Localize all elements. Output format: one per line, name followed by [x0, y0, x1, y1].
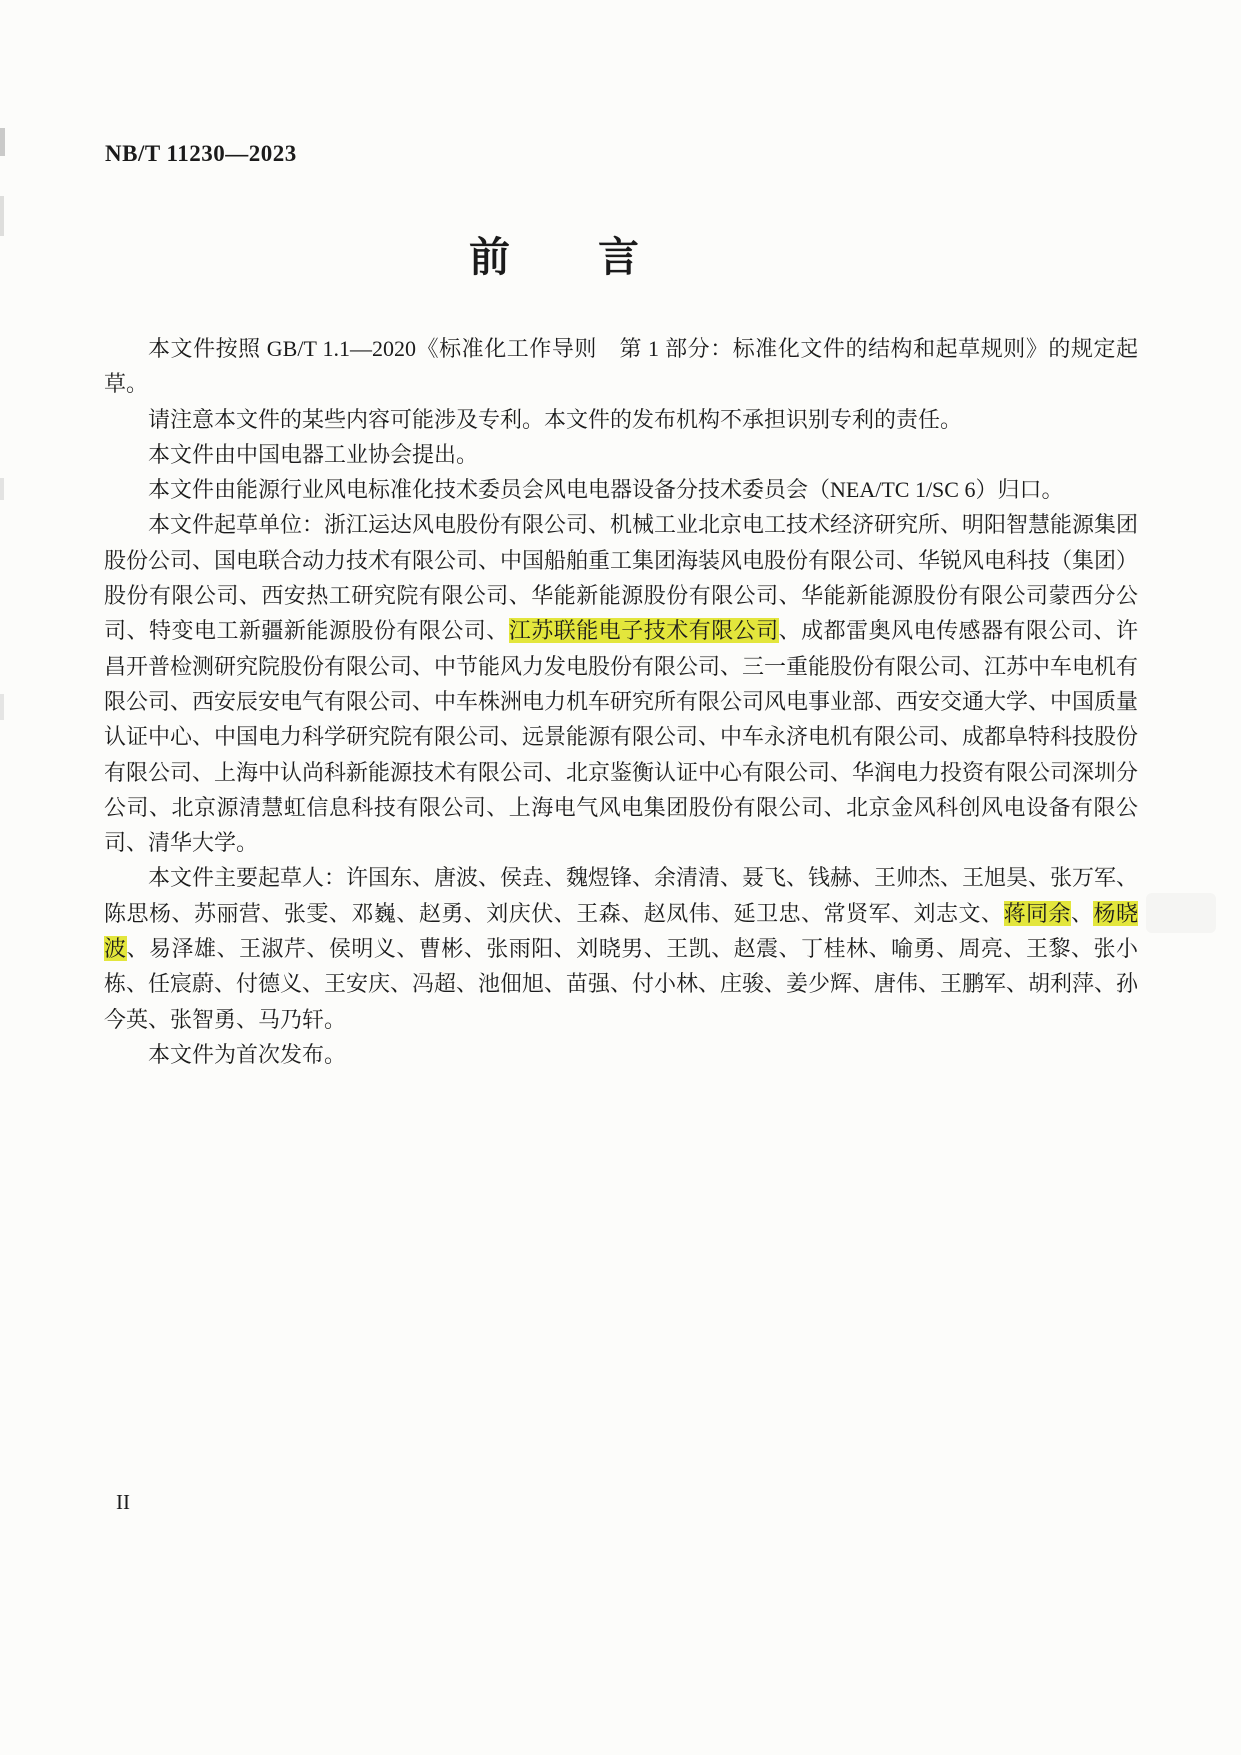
paragraph: 本文件主要起草人：许国东、唐波、侯垚、魏煜锋、余清清、聂飞、钱赫、王帅杰、王旭昊…: [104, 860, 1138, 1036]
paragraph: 本文件为首次发布。: [104, 1037, 1138, 1072]
text-segment: 本文件为首次发布。: [148, 1042, 346, 1067]
text-segment: 请注意本文件的某些内容可能涉及专利。本文件的发布机构不承担识别专利的责任。: [148, 407, 962, 432]
paragraph: 请注意本文件的某些内容可能涉及专利。本文件的发布机构不承担识别专利的责任。: [104, 402, 1138, 437]
text-segment: 本文件由能源行业风电标准化技术委员会风电电器设备分技术委员会（NEA/TC 1/…: [148, 477, 1063, 502]
text-segment: 本文件按照 GB/T 1.1—2020《标准化工作导则 第 1 部分：标准化文件…: [104, 336, 1138, 396]
highlighted-text: 江苏联能电子技术有限公司: [509, 618, 779, 643]
paragraph: 本文件由能源行业风电标准化技术委员会风电电器设备分技术委员会（NEA/TC 1/…: [104, 472, 1138, 507]
paragraph: 本文件由中国电器工业协会提出。: [104, 437, 1138, 472]
paragraph: 本文件按照 GB/T 1.1—2020《标准化工作导则 第 1 部分：标准化文件…: [104, 331, 1138, 402]
document-page: NB/T 11230—2023 前 言 本文件按照 GB/T 1.1—2020《…: [0, 0, 1241, 1755]
text-segment: 、成都雷奥风电传感器有限公司、许昌开普检测研究院股份有限公司、中节能风力发电股份…: [104, 618, 1138, 855]
standard-number: NB/T 11230—2023: [105, 141, 297, 167]
page-number: II: [116, 1490, 130, 1515]
scan-artifact: [1146, 893, 1216, 933]
text-segment: 本文件由中国电器工业协会提出。: [148, 442, 478, 467]
page-title: 前 言: [0, 224, 1110, 283]
scan-artifact: [0, 694, 4, 720]
paragraph: 本文件起草单位：浙江运达风电股份有限公司、机械工业北京电工技术经济研究所、明阳智…: [104, 507, 1138, 860]
highlighted-text: 蒋同余: [1004, 901, 1071, 926]
text-segment: 本文件主要起草人：许国东、唐波、侯垚、魏煜锋、余清清、聂飞、钱赫、王帅杰、王旭昊…: [104, 865, 1138, 925]
scan-artifact: [0, 478, 4, 500]
text-segment: 、易泽雄、王淑芹、侯明义、曹彬、张雨阳、刘晓男、王凯、赵震、丁桂林、喻勇、周亮、…: [104, 936, 1138, 1032]
document-body: 本文件按照 GB/T 1.1—2020《标准化工作导则 第 1 部分：标准化文件…: [104, 331, 1138, 1072]
scan-artifact: [0, 128, 5, 156]
text-segment: 、: [1071, 901, 1094, 926]
